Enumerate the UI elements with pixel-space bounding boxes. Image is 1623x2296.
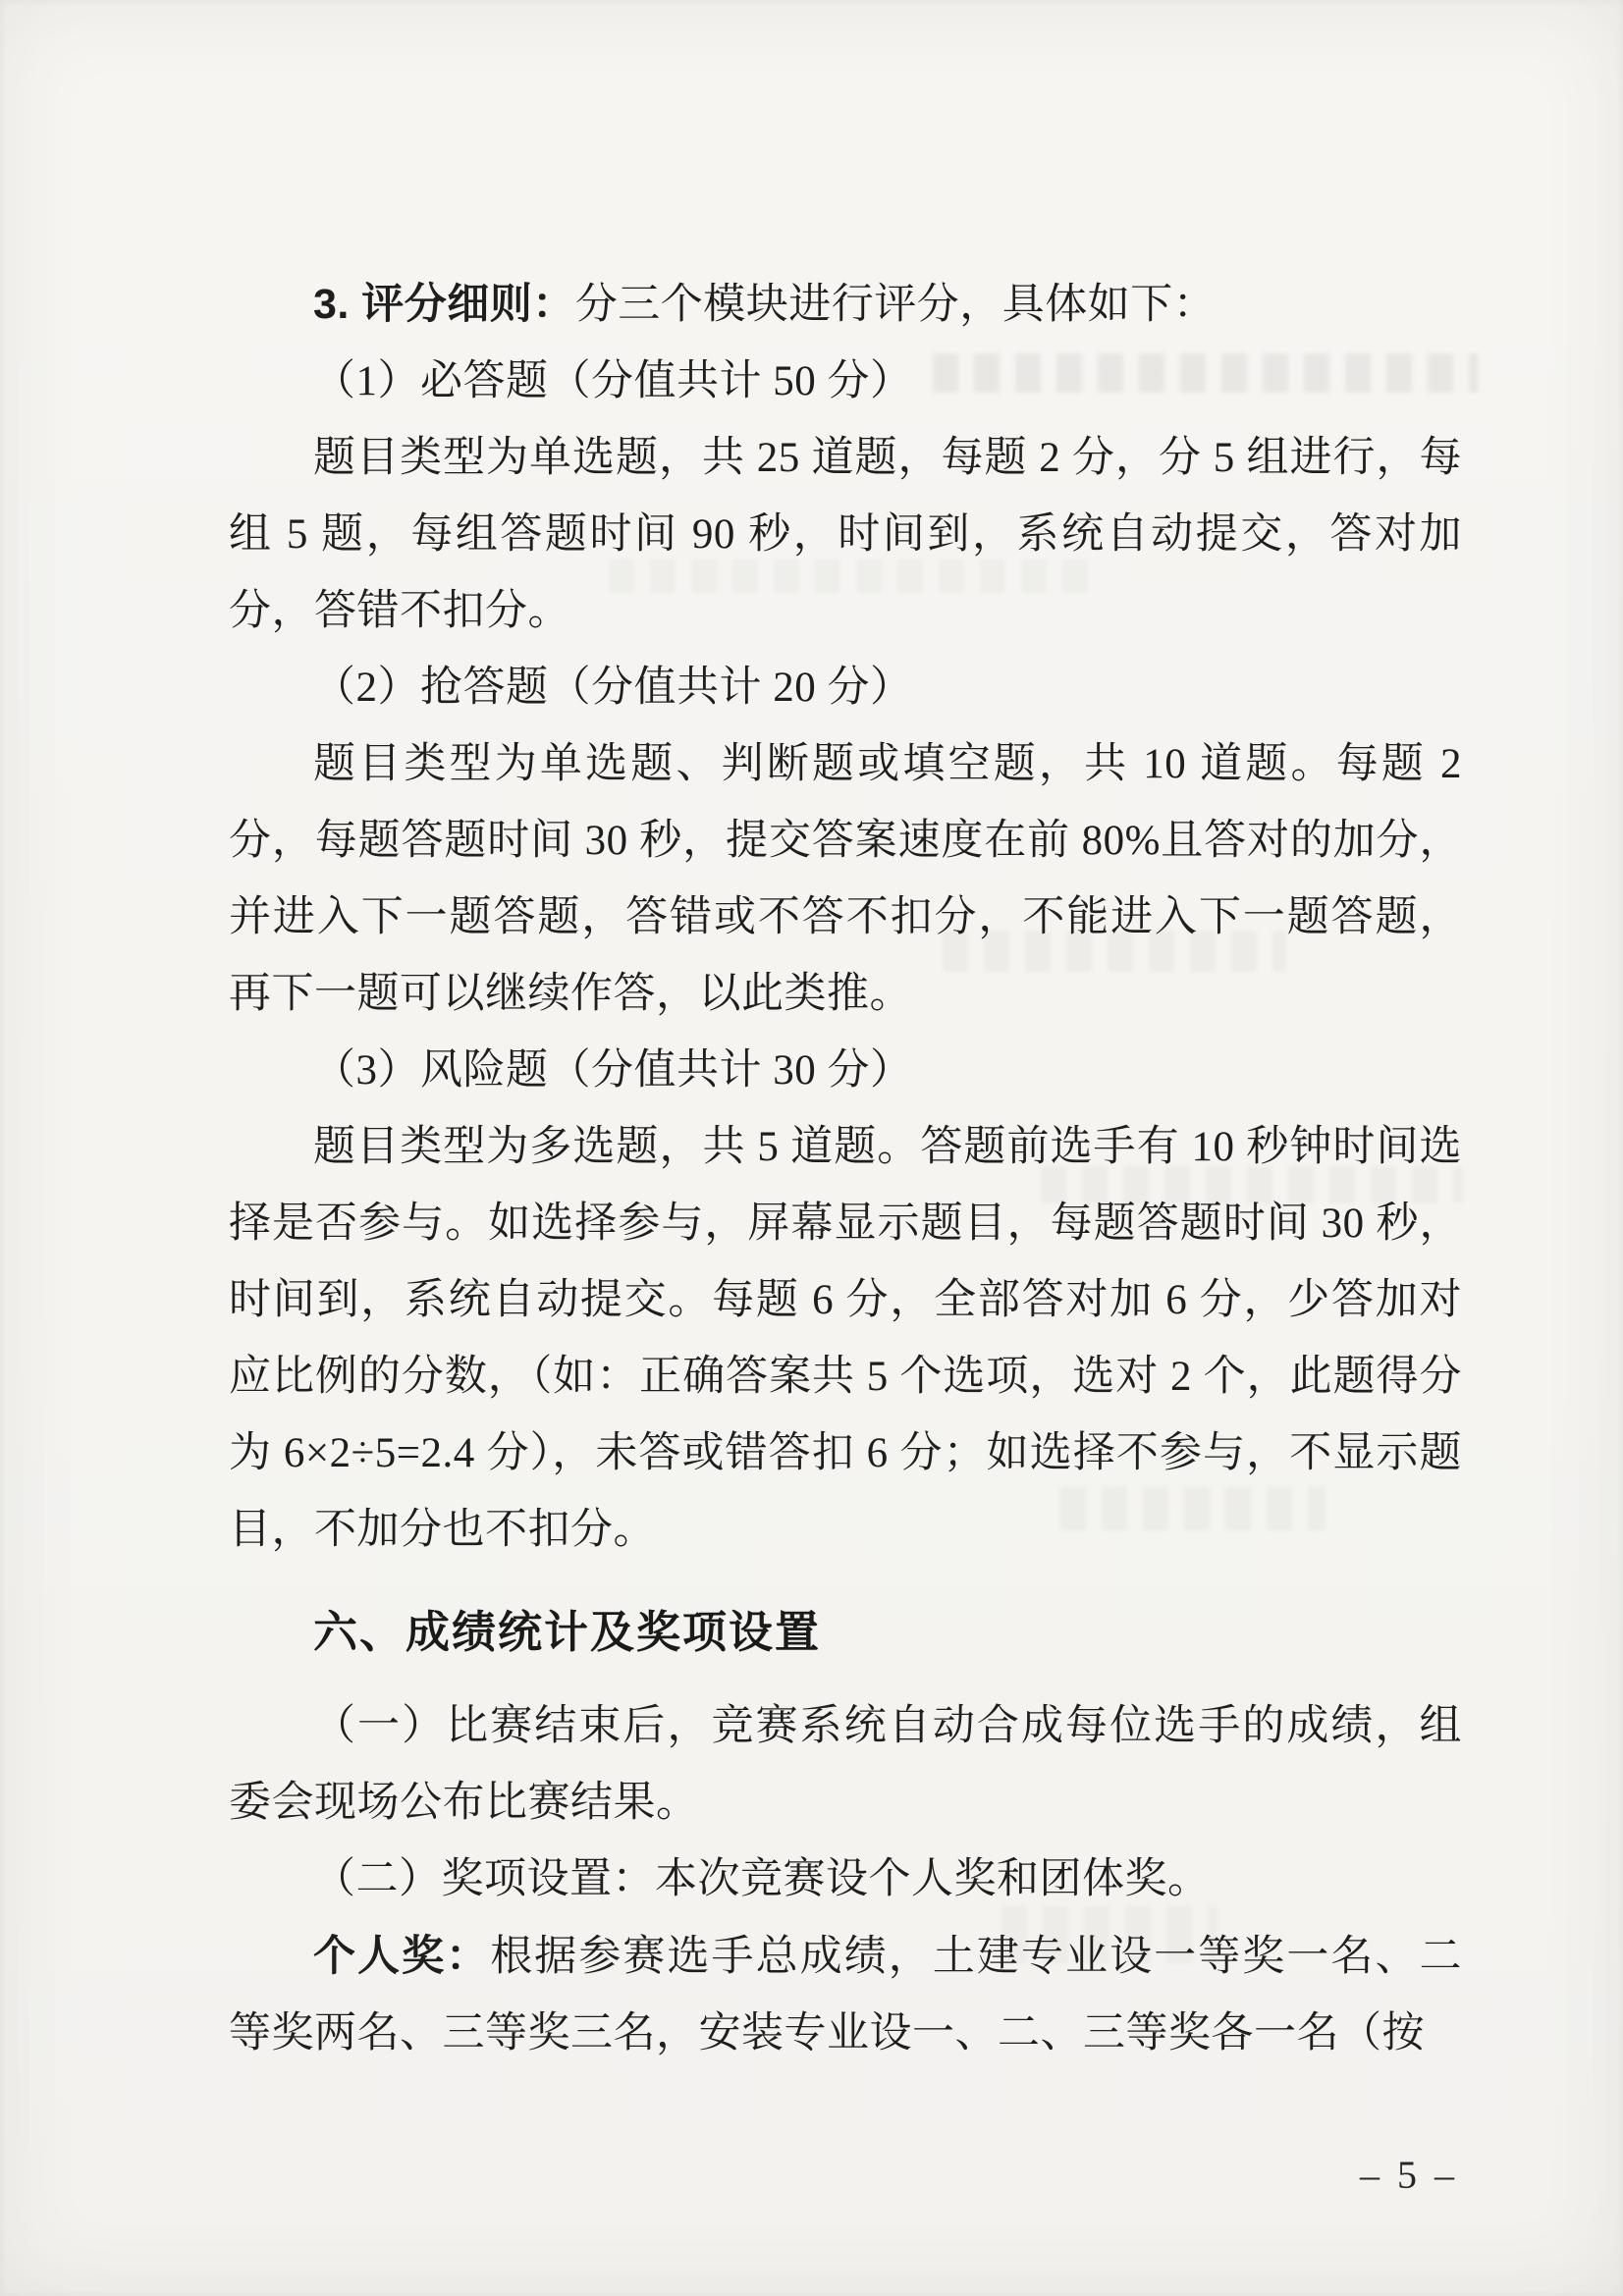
section-heading-awards: 六、成绩统计及奖项设置 bbox=[229, 1594, 1462, 1671]
document-page: 3. 评分细则：分三个模块进行评分，具体如下： （1）必答题（分值共计 50 分… bbox=[0, 0, 1623, 2296]
required-questions-body: 题目类型为单选题，共 25 道题，每题 2 分，分 5 组进行，每组 5 题，每… bbox=[229, 420, 1462, 650]
page-number: – 5 – bbox=[1316, 2152, 1502, 2198]
document-body: 3. 评分细则：分三个模块进行评分，具体如下： （1）必答题（分值共计 50 分… bbox=[229, 266, 1462, 2072]
paragraph-scoring-rules: 3. 评分细则：分三个模块进行评分，具体如下： bbox=[229, 266, 1462, 344]
individual-award-paragraph: 个人奖：根据参赛选手总成绩，土建专业设一等奖一名、二等奖两名、三等奖三名，安装专… bbox=[229, 1918, 1462, 2072]
rush-questions-title: （2）抢答题（分值共计 20 分） bbox=[229, 650, 1462, 726]
awards-paragraph-1: （一）比赛结束后，竞赛系统自动合成每位选手的成绩，组委会现场公布比赛结果。 bbox=[229, 1688, 1462, 1842]
scoring-rules-text: 分三个模块进行评分，具体如下： bbox=[575, 282, 1217, 328]
risk-questions-body: 题目类型为多选题，共 5 道题。答题前选手有 10 秒钟时间选择是否参与。如选择… bbox=[229, 1109, 1462, 1569]
required-questions-title: （1）必答题（分值共计 50 分） bbox=[229, 344, 1462, 420]
scoring-rules-label: 3. 评分细则： bbox=[313, 281, 575, 328]
rush-questions-body: 题目类型为单选题、判断题或填空题，共 10 道题。每题 2 分，每题答题时间 3… bbox=[229, 726, 1462, 1033]
awards-paragraph-2: （二）奖项设置：本次竞赛设个人奖和团体奖。 bbox=[229, 1842, 1462, 1918]
individual-award-label: 个人奖： bbox=[313, 1933, 490, 1980]
risk-questions-title: （3）风险题（分值共计 30 分） bbox=[229, 1033, 1462, 1109]
